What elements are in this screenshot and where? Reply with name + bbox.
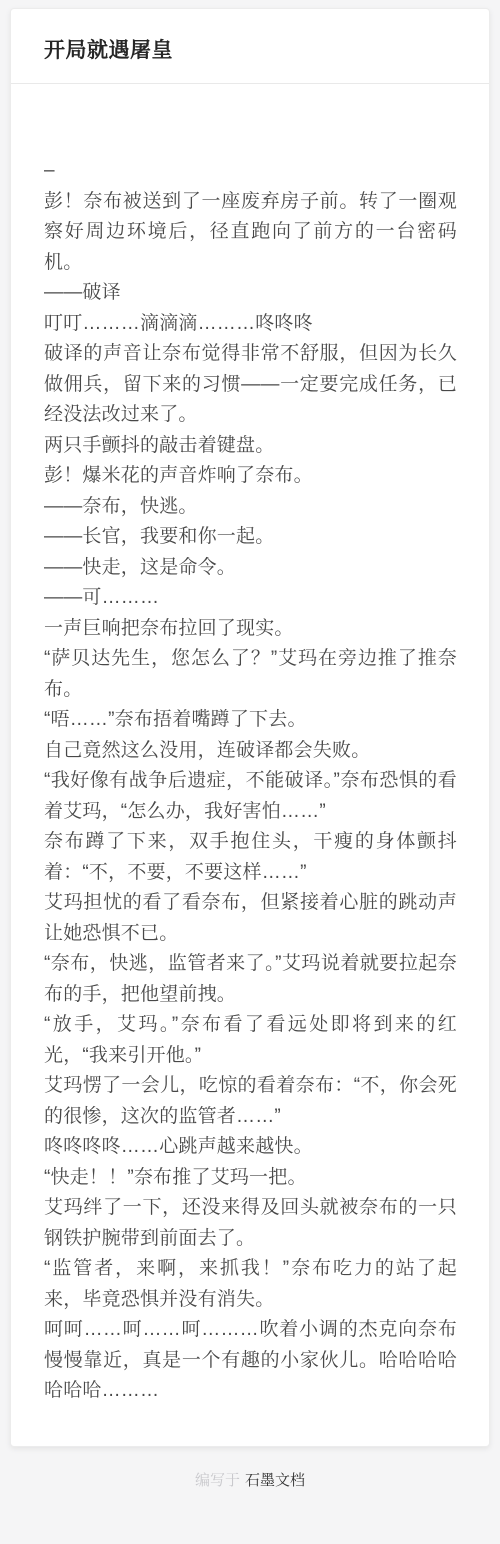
paragraph: ——长官，我要和你一起。	[44, 522, 457, 553]
page-background: { "page": { "title": "开局就遇屠皇", "footer":…	[0, 0, 500, 1544]
footer-prefix: 编写于	[195, 1472, 240, 1489]
paragraph: 彭！奈布被送到了一座废弃房子前。转了一圈观察好周边环境后，径直跑向了前方的一台密…	[44, 187, 457, 279]
paragraph: 自己竟然这么没用，连破译都会失败。	[44, 736, 457, 767]
page-title: 开局就遇屠皇	[44, 39, 456, 63]
paragraph: “萨贝达先生，您怎么了？”艾玛在旁边推了推奈布。	[44, 644, 457, 705]
paragraph: 奈布蹲了下来，双手抱住头，干瘦的身体颤抖着：“不，不要，不要这样……”	[44, 827, 457, 888]
paragraph: “唔……”奈布捂着嘴蹲了下去。	[44, 705, 457, 736]
paragraph: 艾玛绊了一下，还没来得及回头就被奈布的一只钢铁护腕带到前面去了。	[44, 1193, 457, 1254]
footer: 编写于石墨文档	[0, 1472, 500, 1490]
paragraph: “我好像有战争后遗症，不能破译。”奈布恐惧的看着艾玛，“怎么办，我好害怕……”	[44, 766, 457, 827]
paragraph: ——破译	[44, 278, 457, 309]
paragraph: –	[44, 156, 457, 187]
paragraph: 呵呵……呵……呵………吹着小调的杰克向奈布慢慢靠近，真是一个有趣的小家伙儿。哈哈…	[44, 1315, 457, 1407]
paragraph: 咚咚咚咚……心跳声越来越快。	[44, 1132, 457, 1163]
paragraph: ——快走，这是命令。	[44, 553, 457, 584]
paragraph: ——可………	[44, 583, 457, 614]
paragraph: “奈布，快逃，监管者来了。”艾玛说着就要拉起奈布的手，把他望前拽。	[44, 949, 457, 1010]
paragraph: 一声巨响把奈布拉回了现实。	[44, 614, 457, 645]
paragraph: 彭！爆米花的声音炸响了奈布。	[44, 461, 457, 492]
paragraph: 两只手颤抖的敲击着键盘。	[44, 431, 457, 462]
paragraph: 艾玛担忧的看了看奈布，但紧接着心脏的跳动声让她恐惧不已。	[44, 888, 457, 949]
paragraph: “监管者，来啊，来抓我！”奈布吃力的站了起来，毕竟恐惧并没有消失。	[44, 1254, 457, 1315]
paragraph: “放手，艾玛。”奈布看了看远处即将到来的红光，“我来引开他。”	[44, 1010, 457, 1071]
document-card: 开局就遇屠皇 –彭！奈布被送到了一座废弃房子前。转了一圈观察好周边环境后，径直跑…	[10, 8, 490, 1447]
paragraph: ——奈布，快逃。	[44, 492, 457, 523]
document-header: 开局就遇屠皇	[11, 9, 489, 84]
paragraph: 破译的声音让奈布觉得非常不舒服，但因为长久做佣兵，留下来的习惯——一定要完成任务…	[44, 339, 457, 431]
footer-brand-link[interactable]: 石墨文档	[245, 1472, 305, 1489]
document-body: –彭！奈布被送到了一座废弃房子前。转了一圈观察好周边环境后，径直跑向了前方的一台…	[11, 84, 489, 1407]
paragraph: 艾玛愣了一会儿，吃惊的看着奈布：“不，你会死的很惨，这次的监管者……”	[44, 1071, 457, 1132]
paragraph: “快走！！”奈布推了艾玛一把。	[44, 1163, 457, 1194]
paragraph: 叮叮………滴滴滴………咚咚咚	[44, 309, 457, 340]
